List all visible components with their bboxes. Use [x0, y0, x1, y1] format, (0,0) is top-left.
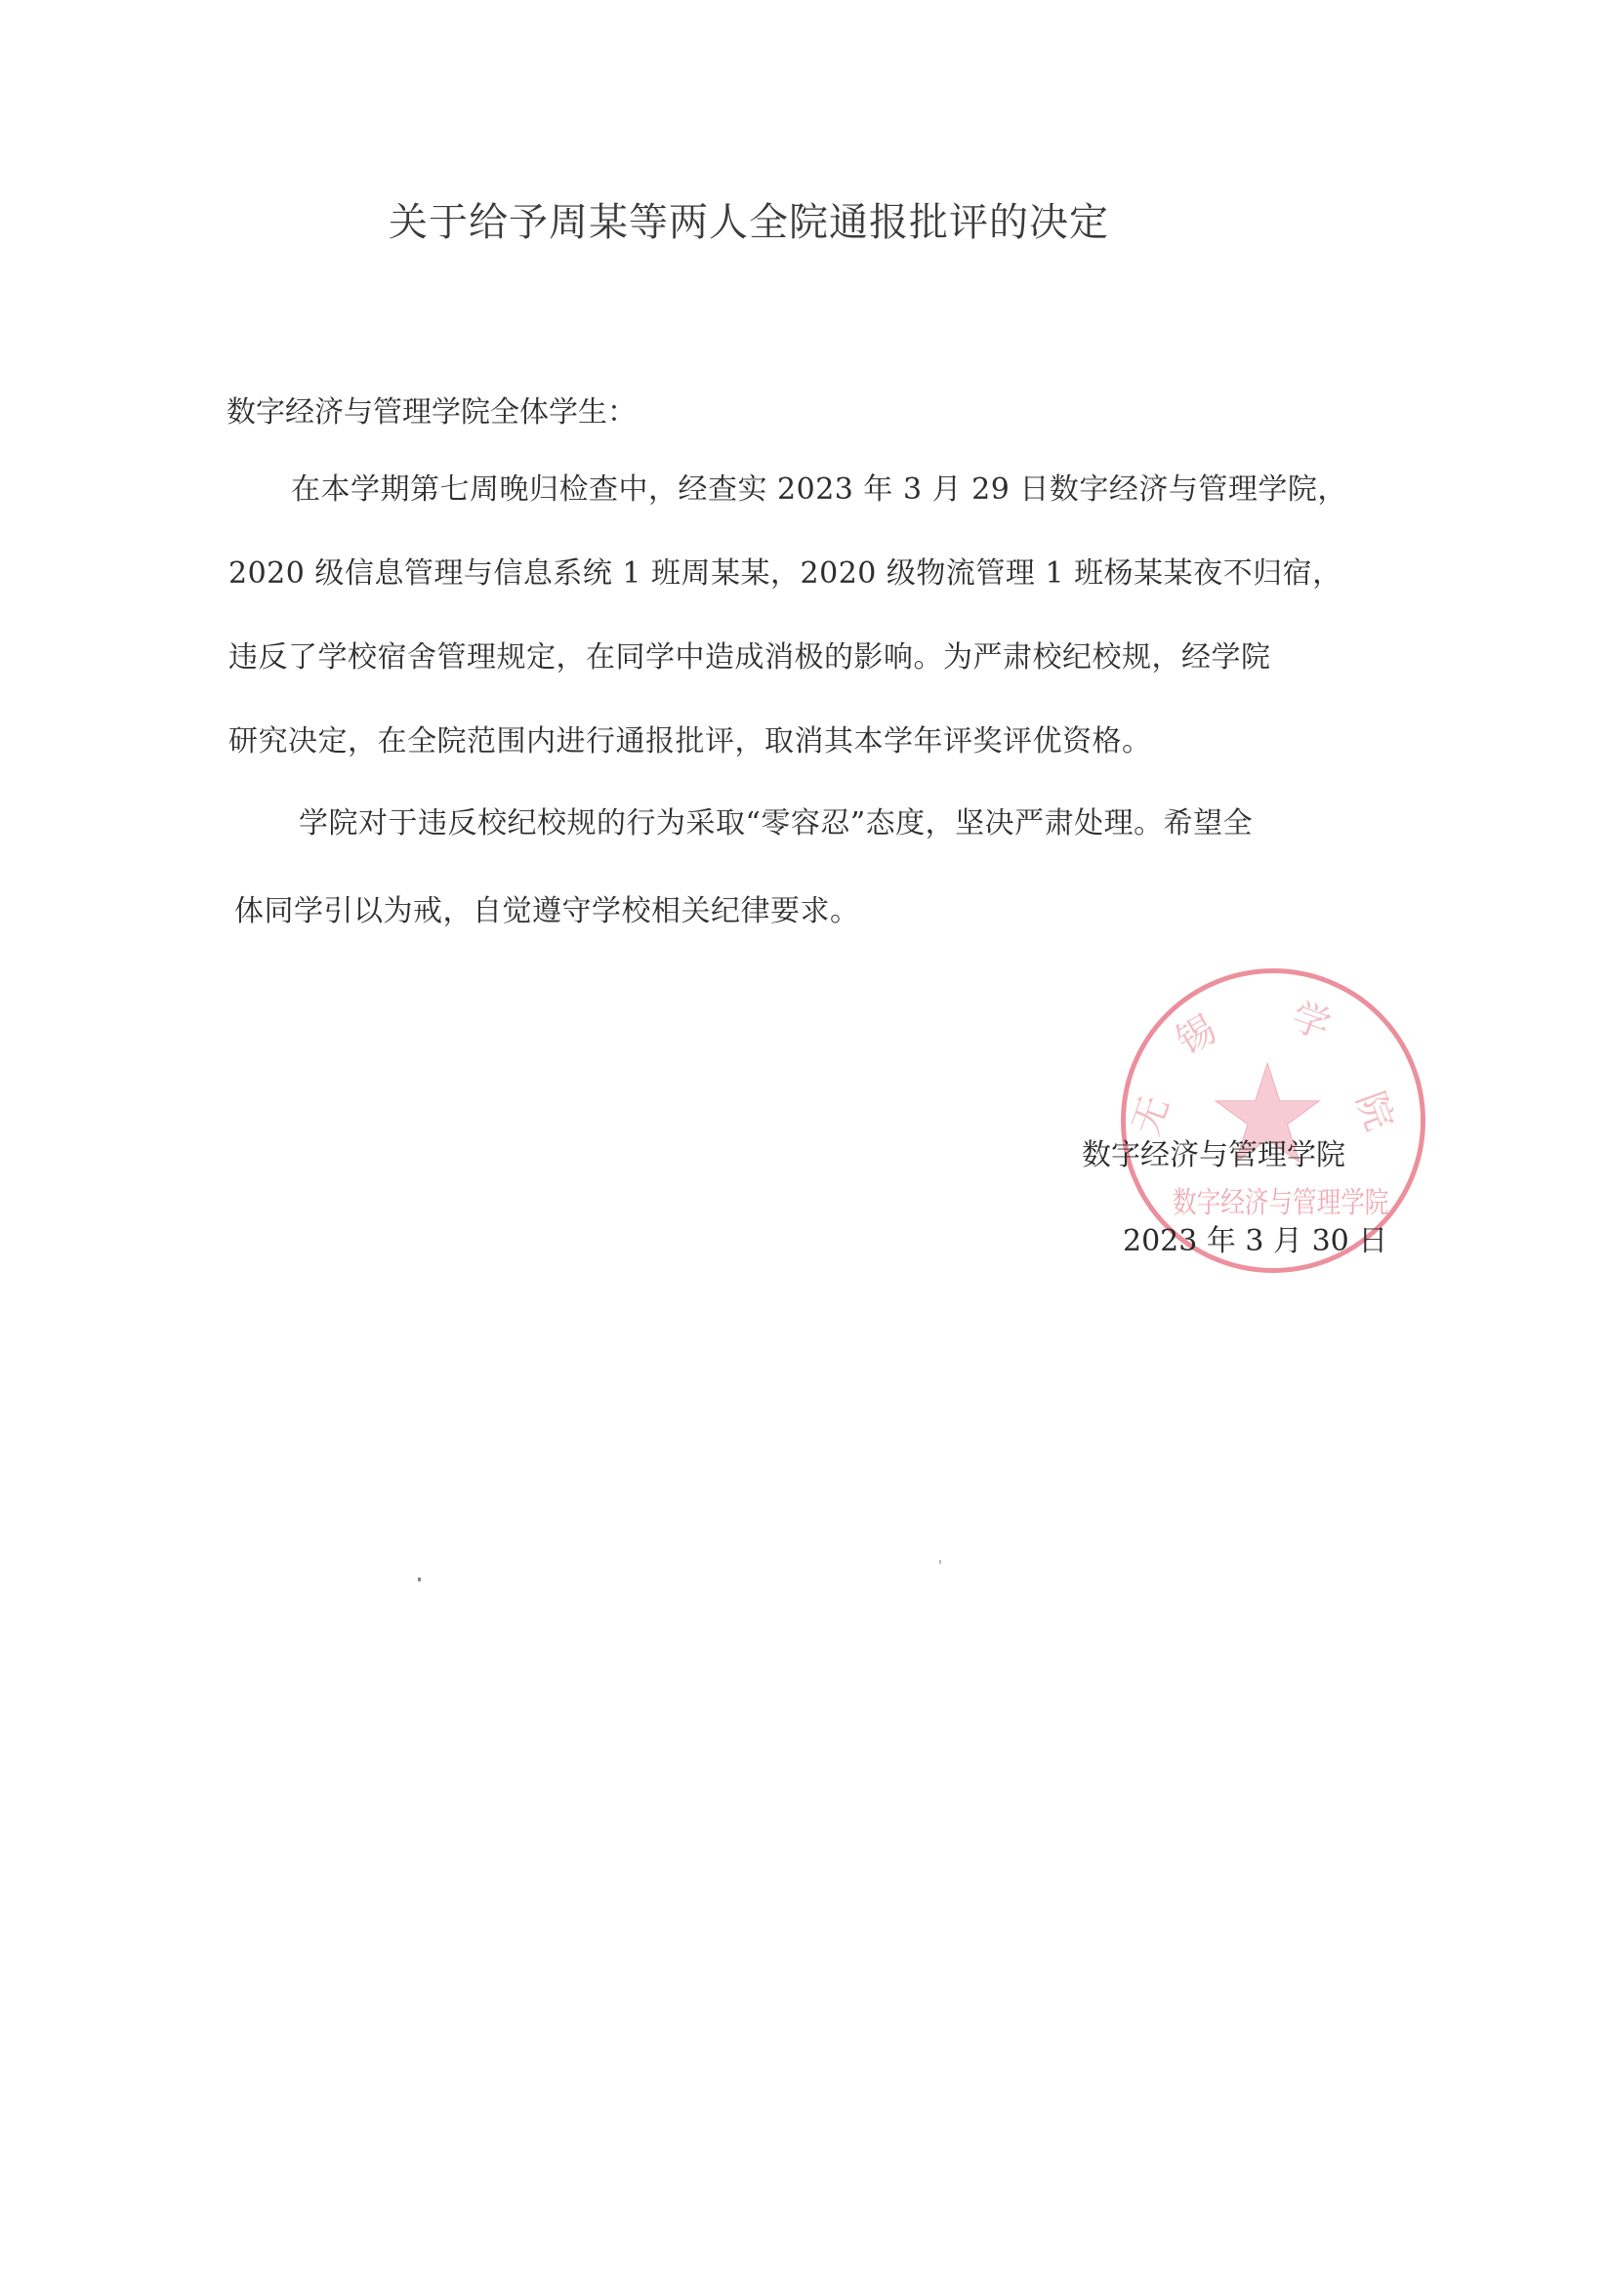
paragraph-1-line-2: 2020 级信息管理与信息系统 1 班周某某，2020 级物流管理 1 班杨某某… — [228, 549, 1342, 592]
salutation: 数字经济与管理学院全体学生： — [227, 388, 637, 430]
paragraph-1-line-1: 在本学期第七周晚归检查中，经查实 2023 年 3 月 29 日数字经济与管理学… — [291, 465, 1347, 508]
signature-date: 2023 年 3 月 30 日 — [1123, 1216, 1387, 1259]
document-page: 关于给予周某等两人全院通报批评的决定 数字经济与管理学院全体学生： 在本学期第七… — [0, 0, 1609, 2296]
paragraph-1-line-3: 违反了学校宿舍管理规定，在同学中造成消极的影响。为严肃校纪校规，经学院 — [228, 633, 1271, 676]
document-title: 关于给予周某等两人全院通报批评的决定 — [389, 191, 1228, 247]
scan-speck — [939, 1560, 941, 1564]
signature-organization: 数字经济与管理学院 — [1082, 1130, 1345, 1173]
scan-speck — [418, 1578, 421, 1581]
paragraph-2-line-2: 体同学引以为戒，自觉遵守学校相关纪律要求。 — [234, 886, 860, 929]
svg-text:学: 学 — [1286, 995, 1337, 1049]
paragraph-2-line-1: 学院对于违反校纪校规的行为采取“零容忍”态度，坚决严肃处理。希望全 — [299, 799, 1253, 841]
svg-text:锡: 锡 — [1169, 1007, 1223, 1064]
paragraph-1-line-4: 研究决定，在全院范围内进行通报批评，取消其本学年评奖评优资格。 — [228, 717, 1152, 759]
seal-inner-text: 数字经济与管理学院 — [1173, 1178, 1388, 1221]
svg-text:院: 院 — [1347, 1086, 1402, 1136]
